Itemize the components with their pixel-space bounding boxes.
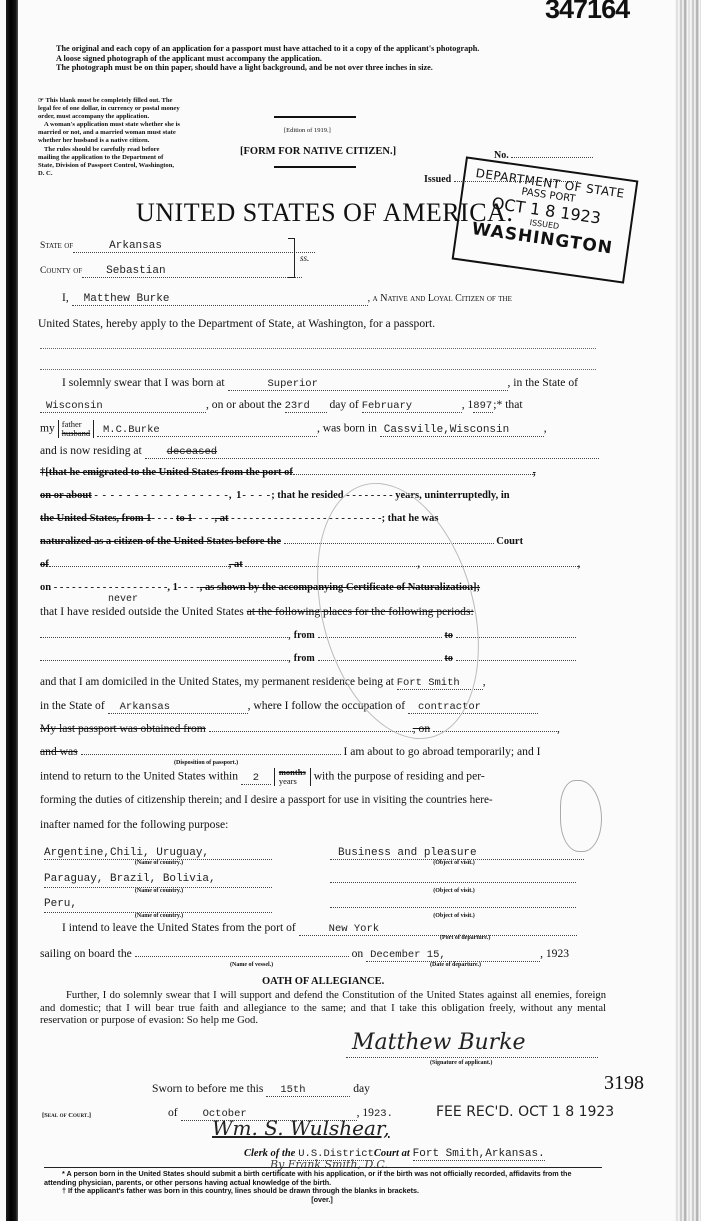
father-line: my father husband M.C.Burke, was born in…: [40, 420, 547, 438]
country-row-3: Peru, (Name of country.): [44, 893, 274, 919]
oath-text: Further, I do solemnly swear that I will…: [40, 990, 606, 1028]
sworn-day[interactable]: 15th: [266, 1084, 350, 1097]
court-location[interactable]: Fort Smith,Arkansas.: [413, 1148, 545, 1161]
clerk-signature[interactable]: Wm. S. Wulshear,: [212, 1116, 390, 1140]
departure-vessel-line: sailing on board the on December 15,, 19…: [40, 947, 569, 962]
divider: [274, 166, 356, 168]
birth-line-2: Wisconsin, on or about the 23rd day of F…: [40, 398, 523, 413]
footnote-divider: [44, 1167, 602, 1168]
domicile-state[interactable]: Arkansas: [108, 701, 248, 714]
footnotes: * A person born in the United States sho…: [44, 1170, 600, 1204]
object-row-3: (Object of visit.): [330, 893, 578, 919]
departure-port-line: I intend to leave the United States from…: [62, 921, 577, 936]
passport-issued-stamp: DEPARTMENT OF STATE PASS PORT OCT 1 8 19…: [452, 156, 639, 283]
option-husband: husband: [62, 429, 90, 438]
applicant-name[interactable]: Matthew Burke: [72, 293, 368, 306]
disposition-line: and was I am about to go abroad temporar…: [40, 745, 541, 758]
side-note-fee: ☞ This blank must be completely filled o…: [38, 97, 180, 121]
footnote-birth-certificate: * A person born in the United States sho…: [44, 1170, 600, 1187]
country-name[interactable]: Paraguay, Brazil, Bolivia,: [44, 873, 272, 888]
birth-month[interactable]: February: [362, 400, 462, 413]
document-number: 347164: [545, 0, 629, 25]
edition-label: [Edition of 1919.]: [284, 127, 331, 134]
father-residence[interactable]: deceased: [145, 446, 599, 459]
passport-application-page: 347164 The original and each copy of an …: [0, 0, 701, 1221]
abroad-period-2: , from to: [40, 651, 576, 664]
abroad-period-1: , from to: [40, 628, 576, 641]
vessel-name[interactable]: [135, 956, 349, 957]
blank-line: [40, 348, 596, 350]
signature-line: [346, 1057, 598, 1059]
country-name[interactable]: Peru,: [44, 898, 272, 913]
pencil-annotation: [560, 780, 602, 852]
country-row-2: Paraguay, Brazil, Bolivia, (Name of coun…: [44, 868, 274, 894]
birth-state[interactable]: Wisconsin: [40, 400, 206, 413]
caption-port: (Port of departure.): [440, 935, 490, 941]
visit-object[interactable]: [330, 868, 576, 883]
return-line-2: forming the duties of citizenship therei…: [40, 794, 493, 806]
bracket: [288, 238, 295, 278]
applicant-signature[interactable]: Matthew Burke: [352, 1030, 526, 1055]
county-value[interactable]: Sebastian: [82, 265, 302, 278]
blank-line: [40, 369, 596, 371]
country-row-1: Argentine,Chili, Uruguay, (Name of count…: [44, 842, 274, 866]
caption-country: (Name of country.): [44, 913, 274, 919]
country-name[interactable]: Argentine,Chili, Uruguay,: [44, 847, 272, 860]
object-row-2: (Object of visit.): [330, 868, 578, 894]
caption-country: (Name of country.): [44, 860, 274, 866]
scan-right-edge: [675, 0, 701, 1221]
instruction-line: A loose signed photograph of the applica…: [56, 54, 479, 64]
return-line: intend to return to the United States wi…: [40, 768, 485, 786]
ss-label: ss.: [300, 253, 309, 263]
visit-object[interactable]: [330, 893, 576, 908]
oath-heading: OATH OF ALLEGIANCE.: [262, 976, 384, 987]
state-field: State ofArkansas: [40, 238, 315, 253]
father-birthplace[interactable]: Cassville,Wisconsin: [380, 424, 544, 437]
struck-emigration-line: †[that he emigrated to the United States…: [40, 467, 536, 478]
caption-object: (Object of visit.): [330, 913, 578, 919]
sworn-line: Sworn to before me this 15th day: [152, 1082, 370, 1097]
birth-place[interactable]: Superior: [228, 378, 508, 391]
struck-residency-line: on or about - - - - - - - - - - - - - - …: [40, 490, 510, 501]
duration-unit-options: months years: [274, 768, 311, 786]
birth-line-1: I solemnly swear that I was born at Supe…: [62, 376, 578, 391]
over-label: [over.]: [44, 1196, 600, 1205]
applicant-line-2: United States, hereby apply to the Depar…: [38, 317, 435, 330]
last-passport-line: My last passport was obtained from , on …: [40, 722, 560, 735]
divider: [274, 116, 356, 118]
departure-port[interactable]: New York: [299, 923, 577, 936]
pointing-hand-icon: ☞: [38, 97, 44, 104]
number-field: No.: [494, 150, 593, 161]
option-years: years: [279, 777, 306, 786]
scan-binding-edge: [6, 0, 18, 1221]
side-notes: ☞ This blank must be completely filled o…: [38, 97, 180, 178]
object-row-1: Business and pleasure (Object of visit.): [330, 842, 578, 866]
return-line-3: inafter named for the following purpose:: [40, 818, 228, 831]
side-note-rules: The rules should be carefully read befor…: [38, 146, 180, 178]
instruction-line: The original and each copy of an applica…: [56, 44, 479, 54]
seal-of-court: [Seal of Court.]: [42, 1112, 91, 1119]
relation-options: father husband: [58, 420, 94, 438]
caption-object: (Object of visit.): [330, 860, 578, 866]
caption-signature: (Signature of applicant.): [430, 1060, 492, 1066]
father-name[interactable]: M.C.Burke: [97, 424, 317, 437]
caption-vessel: (Name of vessel.): [230, 962, 273, 968]
father-residence-line: and is now residing at deceased: [40, 444, 599, 459]
departure-date[interactable]: December 15,: [366, 949, 540, 962]
caption-date: (Date of departure.): [430, 962, 481, 968]
form-type-label: [FORM FOR NATIVE CITIZEN.]: [240, 146, 396, 157]
instruction-line: The photograph must be on thin paper, sh…: [56, 63, 479, 73]
caption-disposition: (Disposition of passport.): [174, 760, 238, 766]
county-field: County ofSebastian: [40, 263, 302, 278]
birth-day[interactable]: 23rd: [285, 400, 327, 413]
return-duration[interactable]: 2: [241, 772, 271, 785]
state-value[interactable]: Arkansas: [73, 240, 315, 253]
visit-object[interactable]: Business and pleasure: [330, 847, 584, 860]
fee-received-stamp: FEE REC'D. OCT 1 8 1923: [436, 1104, 614, 1120]
inserted-never: never: [108, 594, 138, 605]
side-note-woman: A woman's application must state whether…: [38, 121, 180, 145]
photo-instructions: The original and each copy of an applica…: [56, 44, 479, 73]
struck-court-line: of, at , ,: [40, 559, 580, 570]
birth-year[interactable]: 897: [473, 400, 493, 413]
file-number: 3198: [604, 1072, 644, 1095]
applicant-line: I, Matthew Burke, a Native and Loyal Cit…: [62, 291, 512, 306]
